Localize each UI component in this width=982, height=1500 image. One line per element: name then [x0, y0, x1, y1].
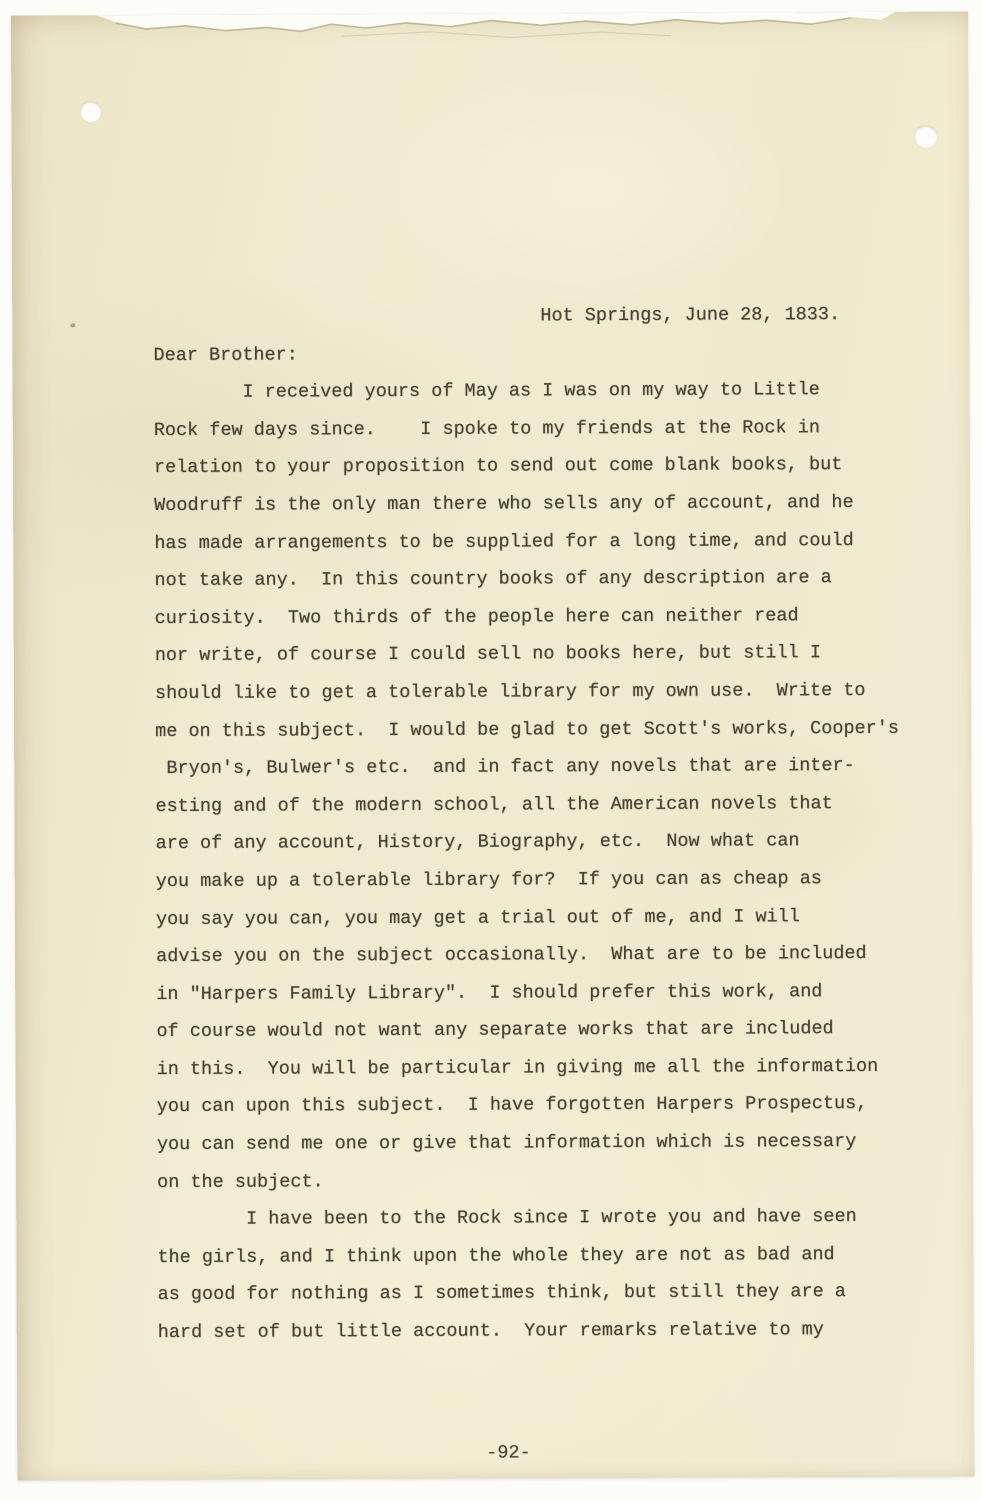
- letter-line: Woodruff is the only man there who sells…: [154, 484, 934, 525]
- letter-line: esting and of the modern school, all the…: [155, 784, 935, 825]
- letter-page: Hot Springs, June 28, 1833. Dear Brother…: [11, 11, 974, 1480]
- letter-line: should like to get a tolerable library f…: [155, 672, 935, 713]
- letter-paragraph: I have been to the Rock since I wrote yo…: [157, 1198, 938, 1352]
- letter-line: as good for nothing as I sometimes think…: [158, 1273, 938, 1314]
- letter-line: in "Harpers Family Library". I should pr…: [156, 972, 936, 1013]
- letter-line: relation to your proposition to send out…: [154, 446, 934, 487]
- ink-speck-decoration: [70, 323, 75, 327]
- letter-line: you say you can, you may get a trial out…: [156, 897, 936, 938]
- letter-line: has made arrangements to be supplied for…: [154, 521, 934, 562]
- punch-hole-left: [80, 101, 101, 122]
- letter-line: Bryon's, Bulwer's etc. and in fact any n…: [155, 747, 935, 788]
- letter-line: advise you on the subject occasionally. …: [156, 935, 936, 976]
- letter-line: me on this subject. I would be glad to g…: [155, 709, 935, 750]
- letter-line: on the subject.: [157, 1160, 937, 1201]
- letter-line: of course would not want any separate wo…: [156, 1010, 936, 1051]
- letter-paragraph: I received yours of May as I was on my w…: [154, 371, 938, 1201]
- letter-line: Rock few days since. I spoke to my frien…: [154, 408, 934, 449]
- letter-line: the girls, and I think upon the whole th…: [157, 1235, 937, 1276]
- letter-line: hard set of but little account. Your rem…: [158, 1311, 938, 1352]
- letter-paragraphs: I received yours of May as I was on my w…: [154, 371, 938, 1352]
- letter-line: you can send me one or give that informa…: [157, 1123, 937, 1164]
- letter-line: are of any account, History, Biography, …: [156, 822, 936, 863]
- punch-hole-right: [914, 126, 937, 148]
- letter-line: you make up a tolerable library for? If …: [156, 860, 936, 901]
- letter-line: nor write, of course I could sell no boo…: [155, 634, 935, 675]
- torn-edge-decoration: [11, 11, 968, 55]
- letter-dateline: Hot Springs, June 28, 1833.: [153, 296, 933, 337]
- letter-line: in this. You will be particular in givin…: [157, 1048, 937, 1089]
- letter-line: not take any. In this country books of a…: [154, 559, 934, 600]
- letter-line: I received yours of May as I was on my w…: [154, 371, 934, 412]
- page-number: -92-: [486, 1434, 531, 1472]
- letter-line: I have been to the Rock since I wrote yo…: [157, 1198, 937, 1239]
- document-scan: Hot Springs, June 28, 1833. Dear Brother…: [0, 0, 982, 1500]
- letter-line: you can upon this subject. I have forgot…: [157, 1085, 937, 1126]
- letter-salutation: Dear Brother:: [153, 333, 933, 374]
- letter-body: Hot Springs, June 28, 1833. Dear Brother…: [153, 296, 938, 1352]
- letter-line: curiosity. Two thirds of the people here…: [155, 596, 935, 637]
